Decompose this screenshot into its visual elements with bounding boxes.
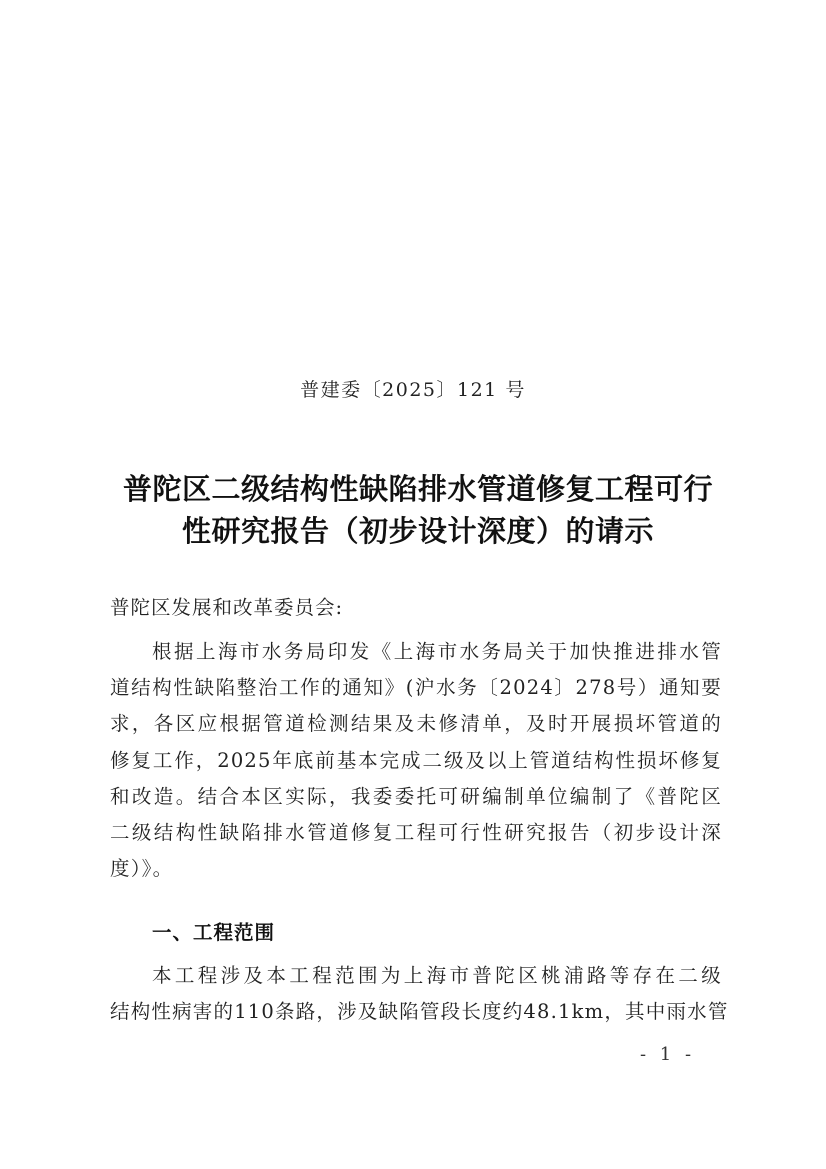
document-title-line-2: 性研究报告（初步设计深度）的请示 [108, 510, 728, 552]
body-paragraph-2: 本工程涉及本工程范围为上海市普陀区桃浦路等存在二级 结构性病害的110条路，涉及… [110, 958, 722, 1030]
paragraph-line: 根据上海市水务局印发《上海市水务局关于加快推进排水管 [110, 634, 722, 670]
paragraph-line: 求，各区应根据管道检测结果及未修清单，及时开展损坏管道的 [110, 706, 722, 742]
section-heading-project-scope: 一、工程范围 [152, 918, 275, 948]
paragraph-line: 结构性病害的110条路，涉及缺陷管段长度约48.1km，其中雨水管 [110, 994, 722, 1030]
page-number: - 1 - [640, 1043, 695, 1067]
paragraph-line: 和改造。结合本区实际，我委委托可研编制单位编制了《普陀区 [110, 779, 722, 815]
paragraph-line: 修复工作，2025年底前基本完成二级及以上管道结构性损坏修复 [110, 743, 722, 779]
paragraph-line: 度）》。 [110, 851, 722, 887]
salutation: 普陀区发展和改革委员会: [110, 593, 343, 623]
paragraph-line: 本工程涉及本工程范围为上海市普陀区桃浦路等存在二级 [110, 958, 722, 994]
document-title-line-1: 普陀区二级结构性缺陷排水管道修复工程可行 [108, 468, 728, 510]
document-number: 普建委〔2025〕121 号 [0, 375, 826, 405]
paragraph-line: 道结构性缺陷整治工作的通知》(沪水务〔2024〕278号）通知要 [110, 670, 722, 706]
body-paragraph-1: 根据上海市水务局印发《上海市水务局关于加快推进排水管 道结构性缺陷整治工作的通知… [110, 634, 722, 887]
document-title: 普陀区二级结构性缺陷排水管道修复工程可行 性研究报告（初步设计深度）的请示 [108, 468, 728, 552]
document-page: 普建委〔2025〕121 号 普陀区二级结构性缺陷排水管道修复工程可行 性研究报… [0, 0, 826, 1169]
paragraph-line: 二级结构性缺陷排水管道修复工程可行性研究报告（初步设计深 [110, 815, 722, 851]
